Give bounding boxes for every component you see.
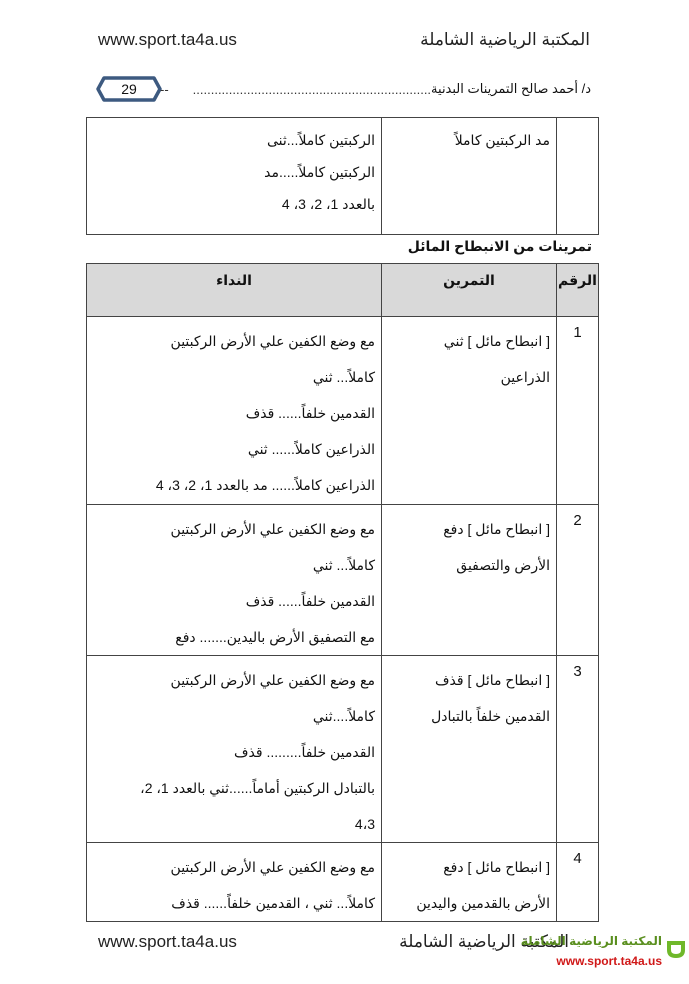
call-cell: الركبتين كاملاً...ثنى الركبتين كاملاً...… (87, 118, 382, 235)
author-line: د/ أحمد صالح التمرينات البدنية .........… (160, 80, 591, 98)
logo-mark-icon (666, 940, 686, 958)
continued-table: مد الركبتين كاملاً الركبتين كاملاً...ثنى… (86, 117, 599, 235)
call-line: مع وضع الكفين علي الأرض الركبتين (93, 323, 375, 359)
header-library-name: المكتبة الرياضية الشاملة (420, 30, 590, 50)
exercise-cell: [ انبطاح مائل ] ثني الذراعين (382, 317, 557, 505)
header-number: الرقم (557, 264, 599, 317)
call-line: كاملاً....ثني (93, 698, 375, 734)
exercise-line: الذراعين (388, 359, 550, 395)
section-title: تمرينات من الانبطاح المائل (408, 238, 592, 255)
header-site-url: www.sport.ta4a.us (98, 30, 237, 50)
site-logo[interactable]: المكتبة الرياضية الشاملة www.sport.ta4a.… (548, 934, 686, 974)
header-exercise: التمرين (382, 264, 557, 317)
table-row: مد الركبتين كاملاً الركبتين كاملاً...ثنى… (87, 118, 599, 235)
logo-url-text[interactable]: www.sport.ta4a.us (556, 954, 662, 968)
exercise-cell: [ انبطاح مائل ] دفع الأرض بالقدمين واليد… (382, 843, 557, 922)
leader-dash: -- (160, 82, 171, 97)
exercise-line: [ انبطاح مائل ] دفع (388, 849, 550, 885)
exercise-cell: [ انبطاح مائل ] قذف القدمين خلفاً بالتبا… (382, 656, 557, 843)
call-cell: مع وضع الكفين علي الأرض الركبتين كاملاً.… (87, 317, 382, 505)
row-number-cell: 3 (557, 656, 599, 843)
row-number-cell: 2 (557, 505, 599, 656)
table-row: 3 [ انبطاح مائل ] قذف القدمين خلفاً بالت… (87, 656, 599, 843)
call-line: مع وضع الكفين علي الأرض الركبتين (93, 511, 375, 547)
table-row: 1 [ انبطاح مائل ] ثني الذراعين مع وضع ال… (87, 317, 599, 505)
call-line: الركبتين كاملاً...ثنى (93, 124, 375, 156)
header-call: النداء (87, 264, 382, 317)
call-line: الذراعين كاملاً...... ثني (93, 431, 375, 467)
row-number-cell: 1 (557, 317, 599, 505)
call-line: كاملاً... ثني ، القدمين خلفاً...... قذف (93, 885, 375, 921)
call-line: مع وضع الكفين علي الأرض الركبتين (93, 849, 375, 885)
exercise-line: القدمين خلفاً بالتبادل (388, 698, 550, 734)
call-line: كاملاً... ثني (93, 547, 375, 583)
logo-arabic-text: المكتبة الرياضية الشاملة (521, 934, 662, 948)
exercise-cell: مد الركبتين كاملاً (382, 118, 557, 235)
call-line: بالتبادل الركبتين أماماً......ثني بالعدد… (93, 770, 375, 806)
call-line: مع التصفيق الأرض باليدين....... دفع (93, 619, 375, 655)
call-line: القدمين خلفاً...... قذف (93, 583, 375, 619)
call-line: القدمين خلفاً...... قذف (93, 395, 375, 431)
row-number-cell (557, 118, 599, 235)
table-row: 4 [ انبطاح مائل ] دفع الأرض بالقدمين وال… (87, 843, 599, 922)
exercise-cell: [ انبطاح مائل ] دفع الأرض والتصفيق (382, 505, 557, 656)
call-line: بالعدد 1، 2، 3، 4 (93, 188, 375, 220)
call-line: مع وضع الكفين علي الأرض الركبتين (93, 662, 375, 698)
call-cell: مع وضع الكفين علي الأرض الركبتين كاملاً.… (87, 656, 382, 843)
exercise-line: [ انبطاح مائل ] ثني (388, 323, 550, 359)
call-cell: مع وضع الكفين علي الأرض الركبتين كاملاً.… (87, 505, 382, 656)
call-line: الذراعين كاملاً...... مد بالعدد 1، 2، 3،… (93, 467, 375, 503)
page-number: 29 (96, 76, 162, 102)
footer-site-url: www.sport.ta4a.us (98, 932, 237, 952)
exercises-table: الرقم التمرين النداء 1 [ انبطاح مائل ] ث… (86, 263, 599, 922)
exercise-line: [ انبطاح مائل ] دفع (388, 511, 550, 547)
table-row: 2 [ انبطاح مائل ] دفع الأرض والتصفيق مع … (87, 505, 599, 656)
page-number-badge: 29 (96, 76, 162, 102)
exercise-line: الأرض بالقدمين واليدين (388, 885, 550, 921)
call-cell: مع وضع الكفين علي الأرض الركبتين كاملاً.… (87, 843, 382, 922)
call-line: القدمين خلفاً......... قذف (93, 734, 375, 770)
exercise-line: الأرض والتصفيق (388, 547, 550, 583)
leader-dots: ........................................… (171, 82, 431, 97)
exercise-line: [ انبطاح مائل ] قذف (388, 662, 550, 698)
call-line: كاملاً... ثني (93, 359, 375, 395)
table-header-row: الرقم التمرين النداء (87, 264, 599, 317)
author-title: د/ أحمد صالح التمرينات البدنية (431, 81, 591, 97)
call-line: الركبتين كاملاً.....مد (93, 156, 375, 188)
call-line: 4،3 (93, 806, 375, 842)
row-number-cell: 4 (557, 843, 599, 922)
